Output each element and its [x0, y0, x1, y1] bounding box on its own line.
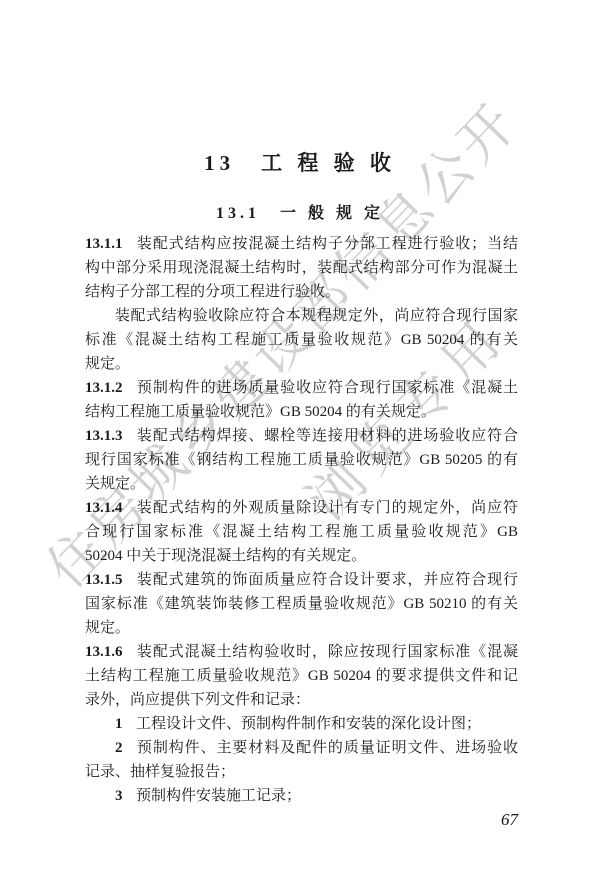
text-line: 2预制构件、主要材料及配件的质量证明文件、进场验收	[85, 736, 518, 760]
text-line: 记录、抽样复验报告；	[85, 760, 518, 784]
page-number: 67	[433, 810, 518, 830]
text-line: 规定。	[85, 616, 518, 640]
section-title: 13.1 一 般 规 定	[0, 200, 600, 223]
clause-number: 13.1.6	[85, 644, 123, 660]
text-line: 标准《混凝土结构工程施工质量验收规范》GB 50204 的有关	[85, 328, 518, 352]
text-line: 50204 中关于现浇混凝土结构的有关规定。	[85, 544, 518, 568]
text-line: 3预制构件安装施工记录；	[85, 784, 518, 808]
clause-number: 13.1.4	[85, 500, 123, 516]
text-line: 结构子分部工程的分项工程进行验收。	[85, 280, 518, 304]
text-line: 13.1.6装配式混凝土结构验收时，除应按现行国家标准《混凝	[85, 640, 518, 664]
text-line: 13.1.4装配式结构的外观质量除设计有专门的规定外，尚应符	[85, 496, 518, 520]
text-line: 结构工程施工质量验收规范》GB 50204 的有关规定。	[85, 400, 518, 424]
text-line: 1工程设计文件、预制构件制作和安装的深化设计图；	[85, 712, 518, 736]
clause-number: 13.1.3	[85, 428, 123, 444]
text-line: 13.1.2预制构件的进场质量验收应符合现行国家标准《混凝土	[85, 376, 518, 400]
body-text: 13.1.1装配式结构应按混凝土结构子分部工程进行验收；当结构中部分采用现浇混凝…	[85, 232, 518, 808]
text-line: 13.1.5装配式建筑的饰面质量应符合设计要求，并应符合现行	[85, 568, 518, 592]
text-line: 装配式结构验收除应符合本规程规定外，尚应符合现行国家	[85, 304, 518, 328]
text-line: 土结构工程施工质量验收规范》GB 50204 的要求提供文件和记	[85, 664, 518, 688]
text-line: 国家标准《建筑装饰装修工程质量验收规范》GB 50210 的有关	[85, 592, 518, 616]
text-line: 合现行国家标准《混凝土结构工程施工质量验收规范》GB	[85, 520, 518, 544]
text-line: 13.1.3装配式结构焊接、螺栓等连接用材料的进场验收应符合	[85, 424, 518, 448]
text-line: 构中部分采用现浇混凝土结构时，装配式结构部分可作为混凝土	[85, 256, 518, 280]
clause-number: 13.1.2	[85, 380, 123, 396]
document-page: 住房城乡建设部信息公开 浏览专用 13 工 程 验 收 13.1 一 般 规 定…	[0, 0, 600, 869]
text-line: 关规定。	[85, 472, 518, 496]
clause-number: 2	[115, 740, 123, 756]
clause-number: 13.1.5	[85, 572, 123, 588]
text-line: 现行国家标准《钢结构工程施工质量验收规范》GB 50205 的有	[85, 448, 518, 472]
clause-number: 1	[115, 716, 123, 732]
clause-number: 3	[115, 788, 123, 804]
text-line: 13.1.1装配式结构应按混凝土结构子分部工程进行验收；当结	[85, 232, 518, 256]
clause-number: 13.1.1	[85, 236, 123, 252]
chapter-title: 13 工 程 验 收	[0, 147, 600, 177]
text-line: 录外，尚应提供下列文件和记录：	[85, 688, 518, 712]
text-line: 规定。	[85, 352, 518, 376]
